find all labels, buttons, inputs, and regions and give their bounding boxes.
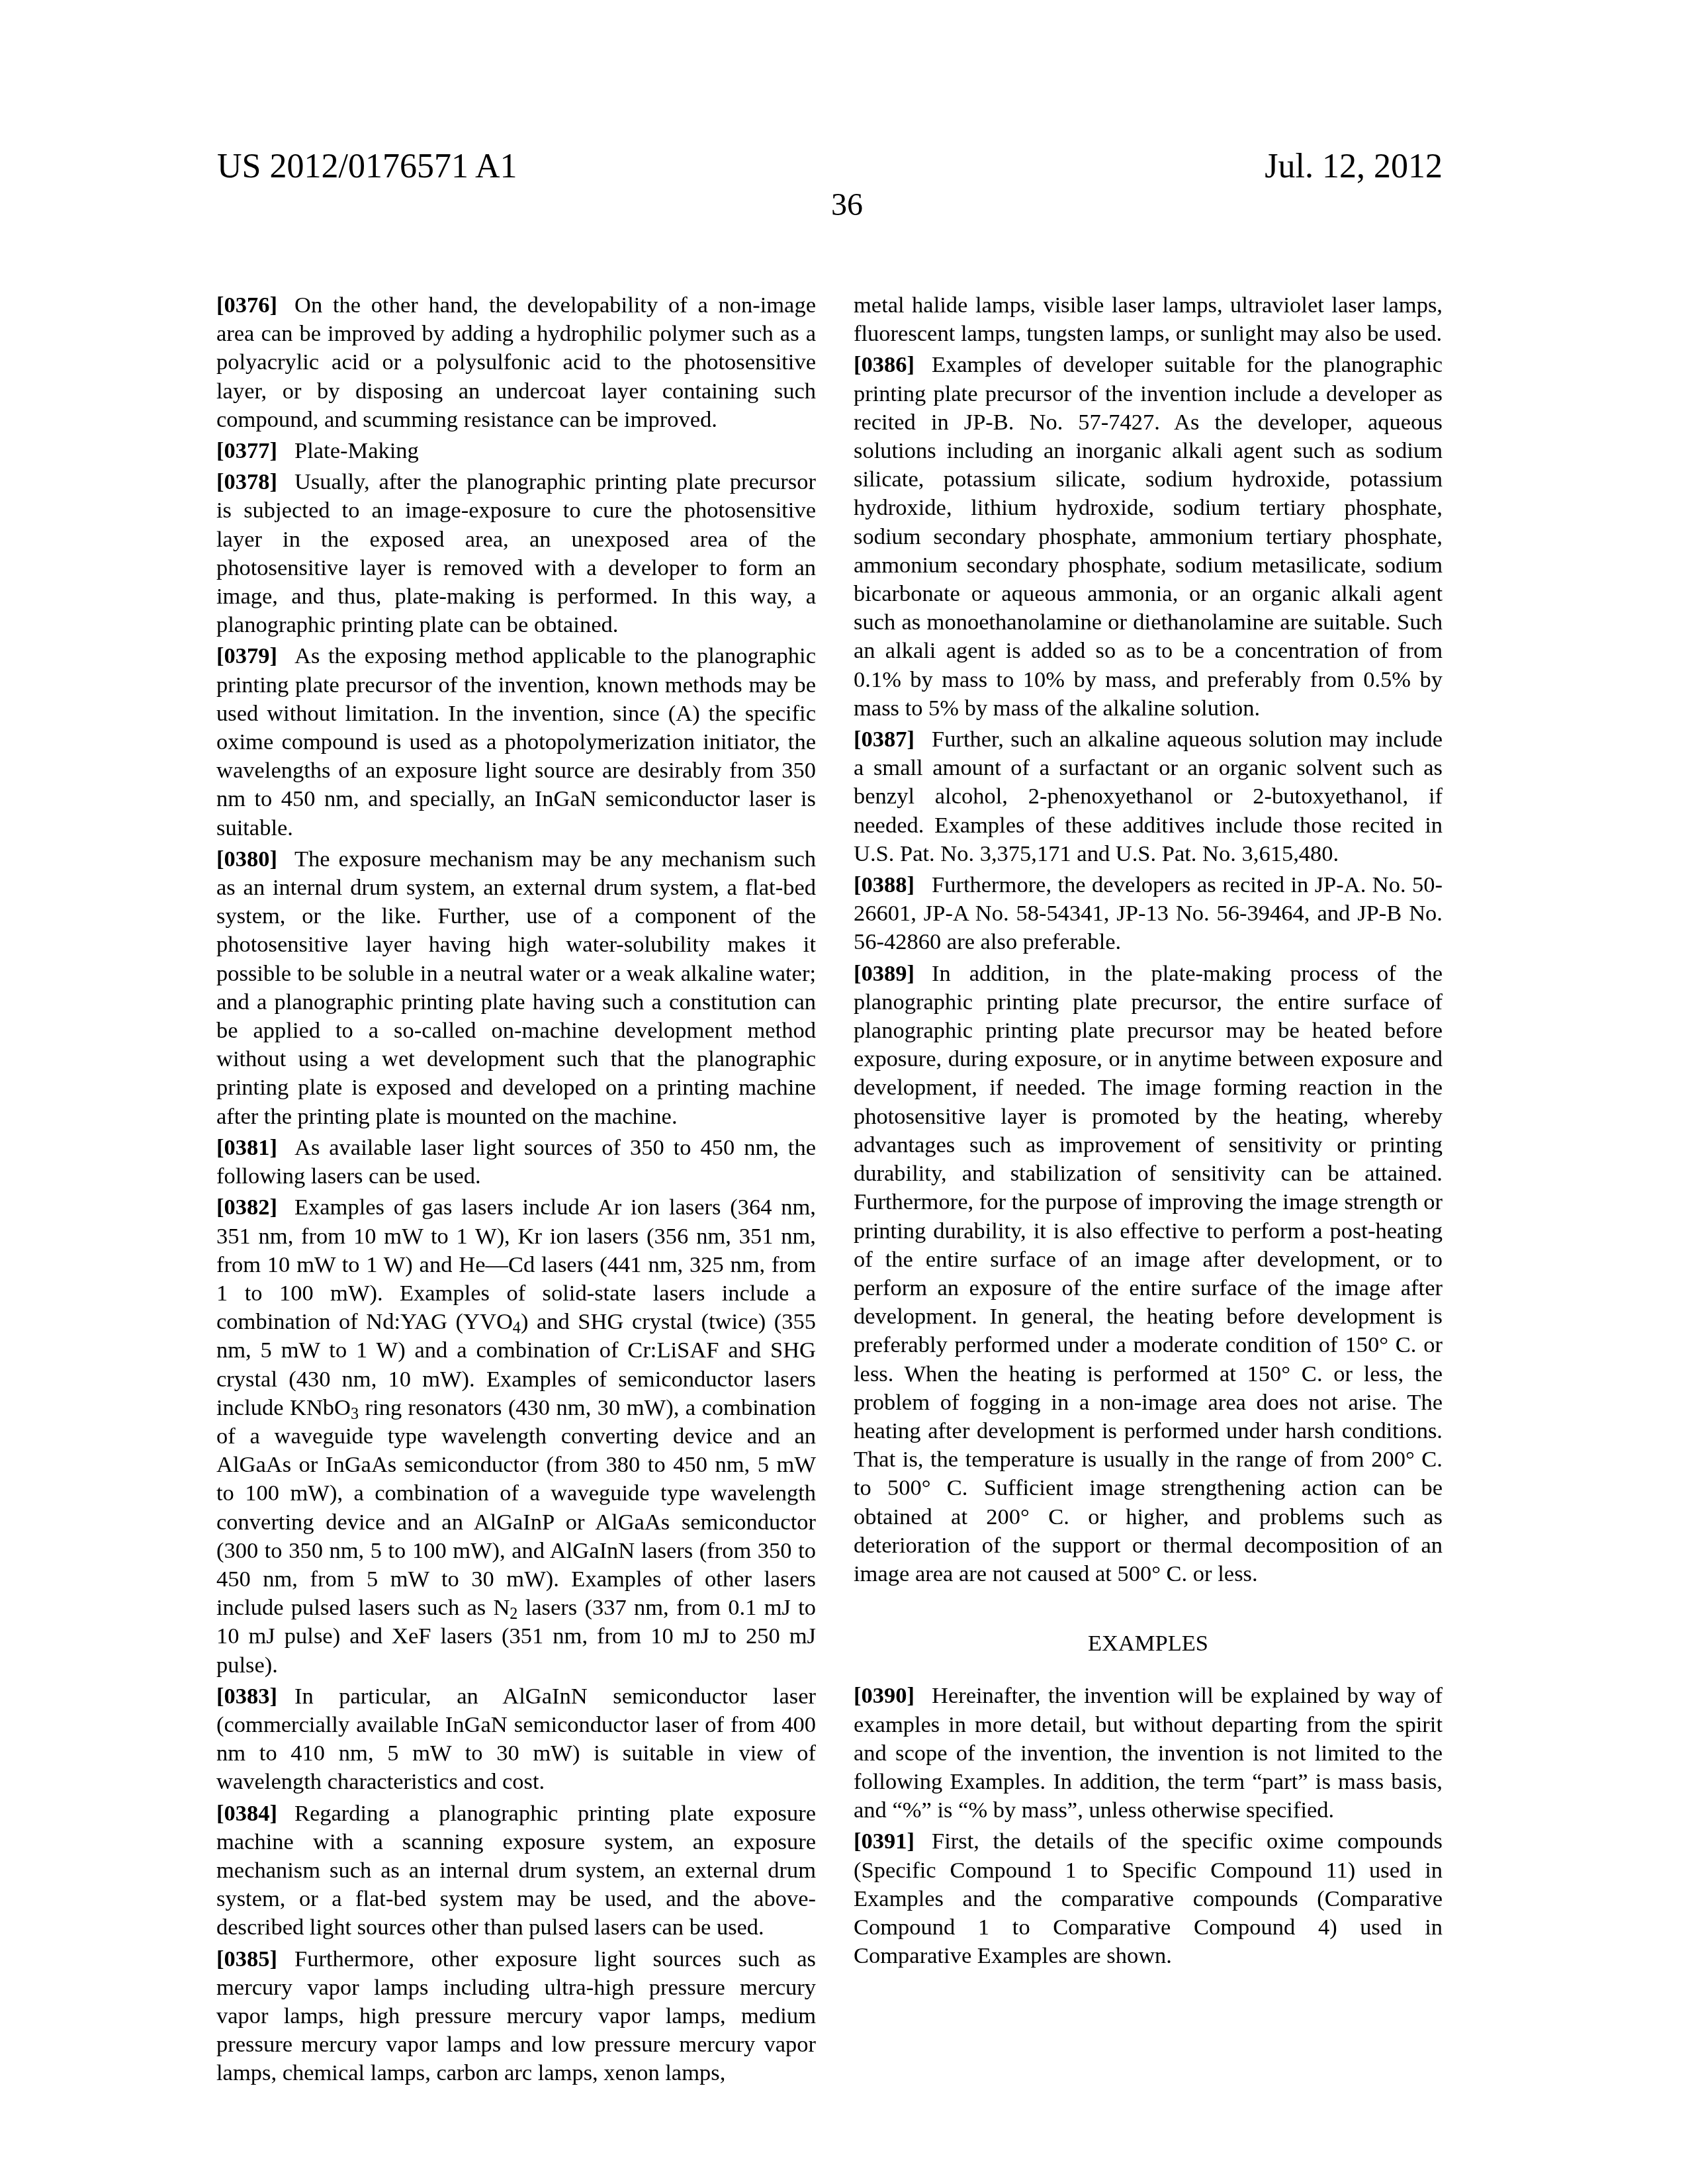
paragraph-0384: [0384]Regarding a planographic printing … [216, 1799, 816, 1942]
paragraph-text: Furthermore, other exposure light source… [216, 1946, 816, 2086]
paragraph-0378: [0378]Usually, after the planographic pr… [216, 468, 816, 639]
publication-number: US 2012/0176571 A1 [217, 147, 517, 187]
paragraph-number: [0388] [854, 872, 914, 897]
paragraph-number: [0384] [216, 1801, 277, 1826]
paragraph-number: [0380] [216, 846, 277, 872]
paragraph-number: [0377] [216, 438, 277, 463]
paragraph-text: In addition, in the plate-making process… [854, 961, 1443, 1586]
paragraph-0385-continuation: metal halide lamps, visible laser lamps,… [854, 291, 1443, 348]
paragraph-0390: [0390]Hereinafter, the invention will be… [854, 1682, 1443, 1825]
paragraph-0380: [0380]The exposure mechanism may be any … [216, 845, 816, 1131]
paragraph-number: [0386] [854, 352, 914, 377]
paragraph-0383: [0383]In particular, an AlGaInN semicond… [216, 1682, 816, 1797]
paragraph-text: Regarding a planographic printing plate … [216, 1801, 816, 1940]
paragraph-text: In particular, an AlGaInN semiconductor … [216, 1684, 816, 1795]
paragraph-0381: [0381]As available laser light sources o… [216, 1134, 816, 1191]
paragraph-number: [0378] [216, 469, 277, 494]
paragraph-number: [0381] [216, 1135, 277, 1160]
section-heading-examples: EXAMPLES [854, 1629, 1443, 1658]
paragraph-0382: [0382]Examples of gas lasers include Ar … [216, 1193, 816, 1679]
paragraph-number: [0383] [216, 1684, 277, 1709]
paragraph-number: [0391] [854, 1829, 914, 1854]
paragraph-number: [0387] [854, 727, 914, 752]
subheading-text: Plate-Making [294, 438, 419, 463]
paragraph-text: On the other hand, the developability of… [216, 293, 816, 432]
paragraph-number: [0382] [216, 1195, 277, 1220]
paragraph-0391: [0391]First, the details of the specific… [854, 1827, 1443, 1970]
paragraph-0386: [0386]Examples of developer suitable for… [854, 351, 1443, 723]
paragraph-0377: [0377]Plate-Making [216, 437, 816, 465]
paragraph-number: [0376] [216, 293, 277, 318]
paragraph-text: Usually, after the planographic printing… [216, 469, 816, 637]
paragraph-text: Hereinafter, the invention will be expla… [854, 1683, 1443, 1823]
right-column: metal halide lamps, visible laser lamps,… [854, 291, 1443, 1973]
page-number: 36 [0, 187, 1694, 224]
paragraph-text: The exposure mechanism may be any mechan… [216, 846, 816, 1129]
paragraph-number: [0385] [216, 1946, 277, 1972]
subscript: 4 [513, 1319, 521, 1337]
paragraph-text: As the exposing method applicable to the… [216, 643, 816, 840]
paragraph-text: As available laser light sources of 350 … [216, 1135, 816, 1189]
paragraph-text: Examples of developer suitable for the p… [854, 352, 1443, 720]
paragraph-number: [0390] [854, 1683, 914, 1708]
paragraph-text: Furthermore, the developers as recited i… [854, 872, 1443, 954]
subscript: 3 [351, 1405, 359, 1423]
paragraph-number: [0389] [854, 961, 914, 986]
paragraph-0385: [0385]Furthermore, other exposure light … [216, 1945, 816, 2088]
subscript: 2 [510, 1605, 517, 1623]
paragraph-0376: [0376]On the other hand, the developabil… [216, 291, 816, 434]
paragraph-0389: [0389]In addition, in the plate-making p… [854, 960, 1443, 1588]
paragraph-number: [0379] [216, 643, 277, 668]
paragraph-0388: [0388]Furthermore, the developers as rec… [854, 871, 1443, 957]
left-column: [0376]On the other hand, the developabil… [216, 291, 816, 2091]
paragraph-text: First, the details of the specific oxime… [854, 1829, 1443, 1968]
paragraph-text: ring resonators (430 nm, 30 mW), a combi… [216, 1395, 816, 1620]
paragraph-0387: [0387]Further, such an alkaline aqueous … [854, 725, 1443, 868]
paragraph-text: Further, such an alkaline aqueous soluti… [854, 727, 1443, 866]
paragraph-0379: [0379]As the exposing method applicable … [216, 642, 816, 842]
publication-date: Jul. 12, 2012 [1265, 147, 1443, 187]
